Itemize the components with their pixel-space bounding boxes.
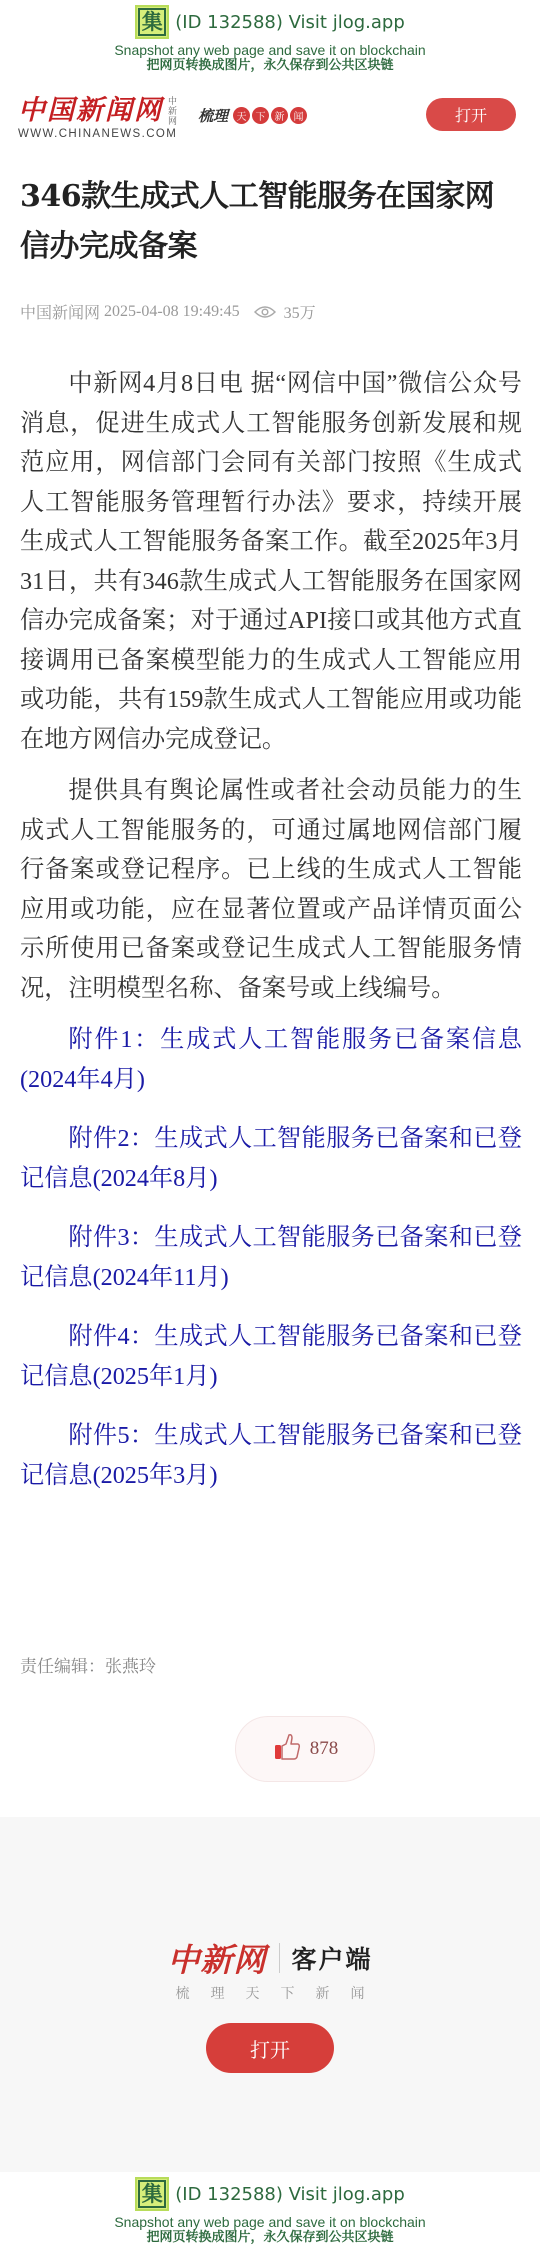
article-meta: 中国新闻网 2025-04-08 19:49:45 35万 xyxy=(20,300,316,323)
site-header: 中国新闻网 中 新 网 WWW.CHINANEWS.COM 梳理 天 下 新 闻… xyxy=(0,90,540,145)
article-body: 中新网4月8日电 据“网信中国”微信公众号消息，促进生成式人工智能服务创新发展和… xyxy=(20,364,522,1515)
attachment-link-4[interactable]: 附件4：生成式人工智能服务已备案和已登记信息(2025年1月) xyxy=(20,1317,522,1396)
article-source: 中国新闻网 xyxy=(20,300,100,323)
jlog-watermark-top: 集 (ID 132588) Visit jlog.app Snapshot an… xyxy=(0,0,540,78)
article-paragraph: 提供具有舆论属性或者社会动员能力的生成式人工智能服务的，可通过属地网信部门履行备… xyxy=(20,771,522,1008)
article-datetime: 2025-04-08 19:49:45 xyxy=(104,303,240,321)
jlog-title[interactable]: (ID 132588) Visit jlog.app xyxy=(175,2184,405,2205)
view-count: 35万 xyxy=(284,300,316,323)
attachment-link-3[interactable]: 附件3：生成式人工智能服务已备案和已登记信息(2024年11月) xyxy=(20,1218,522,1297)
app-promo-section: 中新网 客户端 梳理天下新闻 打开 xyxy=(0,1817,540,2172)
jlog-subtitle-en: Snapshot any web page and save it on blo… xyxy=(0,43,540,58)
jlog-subtitle-en: Snapshot any web page and save it on blo… xyxy=(0,2215,540,2230)
jlog-badge-icon: 集 xyxy=(135,5,169,39)
article-title: 346款生成式人工智能服务在国家网信办完成备案 xyxy=(20,172,520,272)
logo-url: WWW.CHINANEWS.COM xyxy=(18,128,177,140)
logo-text: 中国新闻网 xyxy=(18,96,163,126)
article-paragraph: 中新网4月8日电 据“网信中国”微信公众号消息，促进生成式人工智能服务创新发展和… xyxy=(20,364,522,759)
like-button[interactable]: 878 xyxy=(235,1716,375,1782)
promo-tagline: 梳理天下新闻 xyxy=(0,1983,540,2003)
chinanews-logo[interactable]: 中国新闻网 中 新 网 WWW.CHINANEWS.COM xyxy=(18,96,177,140)
thumbs-up-icon xyxy=(272,1732,302,1766)
promo-logo: 中新网 客户端 xyxy=(0,1935,540,1981)
open-app-button-bottom[interactable]: 打开 xyxy=(206,2023,334,2073)
jlog-badge-icon: 集 xyxy=(135,2177,169,2211)
attachment-link-5[interactable]: 附件5：生成式人工智能服务已备案和已登记信息(2025年3月) xyxy=(20,1416,522,1495)
logo-sub: 中 新 网 xyxy=(168,97,177,127)
attachment-link-2[interactable]: 附件2：生成式人工智能服务已备案和已登记信息(2024年8月) xyxy=(20,1119,522,1198)
jlog-watermark-bottom: 集 (ID 132588) Visit jlog.app Snapshot an… xyxy=(0,2172,540,2254)
slogan: 梳理 天 下 新 闻 xyxy=(198,105,307,126)
attachment-link-1[interactable]: 附件1：生成式人工智能服务已备案信息(2024年4月) xyxy=(20,1020,522,1099)
jlog-subtitle-cn: 把网页转换成图片，永久保存到公共区块链 xyxy=(0,2230,540,2245)
divider xyxy=(279,1943,280,1973)
jlog-subtitle-cn: 把网页转换成图片，永久保存到公共区块链 xyxy=(0,58,540,73)
responsible-editor: 责任编辑：张燕玲 xyxy=(20,1652,156,1677)
open-app-button-top[interactable]: 打开 xyxy=(426,98,516,131)
eye-icon xyxy=(254,305,276,319)
like-count: 878 xyxy=(310,1738,339,1760)
jlog-title[interactable]: (ID 132588) Visit jlog.app xyxy=(175,12,405,33)
